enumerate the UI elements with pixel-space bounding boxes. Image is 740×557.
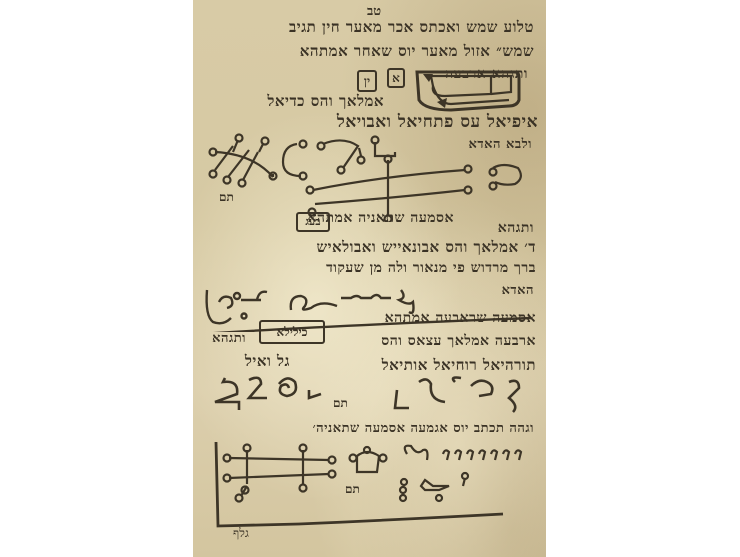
manuscript-page: טב טלוע שמש ואכתס אכר מאער חין תגיב שמש״… [193,0,546,557]
text-line: טלוע שמש ואכתס אכר מאער חין תגיב [289,18,534,37]
boxed-letter: א [387,68,405,88]
text-line: ברך מרדוש פי מנאור ולה מן שעקוד [326,260,536,277]
text-line: שמש״ אזול מאער יוס שאחר אמתהא [300,42,534,61]
sigil-caption: תם [219,190,234,205]
text-line: גל ואיל [245,352,290,371]
text-line: ותגהא [212,330,246,346]
magical-characters-icon [203,132,533,222]
boxed-word: בעג [296,212,330,232]
catchword: גלף [233,526,249,541]
sigil-caption: תם [345,482,360,497]
text-line: ד׳ אמלאך והס אבונאייש ואבולאיש [316,238,536,257]
text-line: אסמעה שראבעה אמתהא [385,310,536,327]
sigil-caption: תם [333,396,348,411]
boxed-letter: ין [357,70,377,92]
text-line: ארבעה אמלאך עצאס והס [381,333,536,350]
seal-diagram-icon [411,66,521,112]
text-line: אמלאך והס כדיאל [267,92,384,111]
magical-characters-icon [209,372,529,422]
boxed-word: כילילא [259,320,325,344]
text-line: ותגהא [498,220,534,237]
folio-number: טב [367,3,381,19]
framed-characters-icon [193,430,533,530]
text-line: איפיאל עס פתחיאל ואבויאל [337,112,538,132]
